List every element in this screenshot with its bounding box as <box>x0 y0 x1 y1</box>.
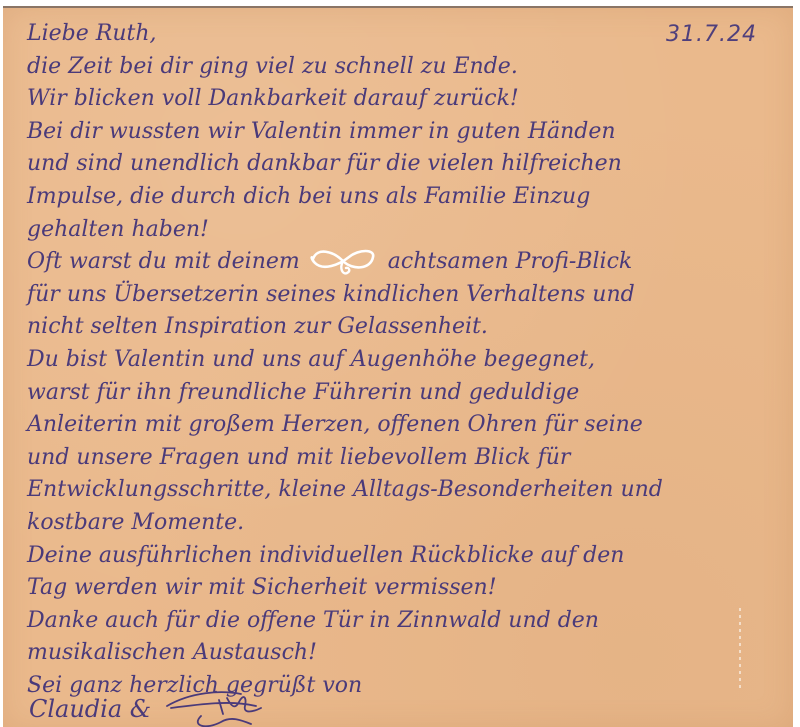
signature-scribble-icon <box>161 686 271 727</box>
letter-line: kostbare Momente. <box>27 507 787 540</box>
letter-line: Bei dir wussten wir Valentin immer in gu… <box>27 116 787 149</box>
paper-fold-mark <box>739 608 741 688</box>
letter-line: musikalischen Austausch! <box>27 637 787 670</box>
letter-line-part: Oft warst du mit deinem <box>27 249 300 274</box>
letter-line-part: achtsamen Profi-Blick <box>388 249 632 274</box>
handwritten-letter-card: 31.7.24 Liebe Ruth, die Zeit bei dir gin… <box>3 6 793 727</box>
letter-body: Liebe Ruth, die Zeit bei dir ging viel z… <box>27 18 787 702</box>
letter-line: warst für ihn freundliche Führerin und g… <box>27 377 787 410</box>
letter-line: Tag werden wir mit Sicherheit vermissen! <box>27 572 787 605</box>
letter-line: Deine ausführlichen individuellen Rückbl… <box>27 540 787 573</box>
letter-line: die Zeit bei dir ging viel zu schnell zu… <box>27 51 787 84</box>
letter-line: Anleiterin mit großem Herzen, offenen Oh… <box>27 409 787 442</box>
letter-line: gehalten haben! <box>27 214 787 247</box>
signature-name: Claudia & <box>29 695 151 723</box>
letter-line: Danke auch für die offene Tür in Zinnwal… <box>27 605 787 638</box>
letter-line: nicht selten Inspiration zur Gelassenhei… <box>27 311 787 344</box>
letter-line: und unsere Fragen und mit liebevollem Bl… <box>27 442 787 475</box>
letter-line: Impulse, die durch dich bei uns als Fami… <box>27 181 787 214</box>
letter-line-with-ornament: Oft warst du mit deinem achtsamen Profi-… <box>27 246 787 279</box>
letter-line: Du bist Valentin und uns auf Augenhöhe b… <box>27 344 787 377</box>
flourish-ornament-icon <box>309 247 379 277</box>
letter-line: Entwicklungsschritte, kleine Alltags-Bes… <box>27 474 787 507</box>
letter-line: für uns Übersetzerin seines kindlichen V… <box>27 279 787 312</box>
letter-line: und sind unendlich dankbar für die viele… <box>27 148 787 181</box>
letter-line: Wir blicken voll Dankbarkeit darauf zurü… <box>27 83 787 116</box>
signature-block: Claudia & <box>29 686 271 727</box>
salutation: Liebe Ruth, <box>27 18 787 51</box>
